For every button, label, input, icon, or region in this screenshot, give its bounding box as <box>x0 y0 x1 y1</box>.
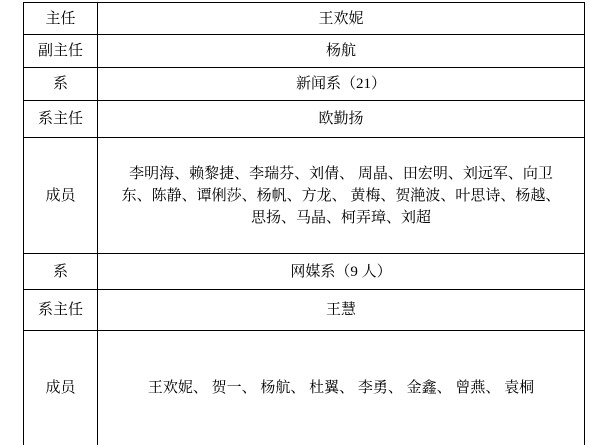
table-row: 系 网媒系（9 人） <box>24 254 585 290</box>
row-value: 王欢妮 <box>98 3 585 35</box>
row-value: 王欢妮、 贺一、 杨航、 杜翼、 李勇、 金鑫、 曾燕、 袁桐 <box>98 331 585 445</box>
row-label: 副主任 <box>24 35 98 68</box>
row-value: 新闻系（21） <box>98 68 585 101</box>
table-row: 系主任 王慧 <box>24 290 585 331</box>
row-label: 系主任 <box>24 101 98 138</box>
table-row: 副主任 杨航 <box>24 35 585 68</box>
document-page: 主任 王欢妮 副主任 杨航 系 新闻系（21） 系主任 欧勤扬 成员 李明海、赖… <box>0 0 601 445</box>
row-label: 系主任 <box>24 290 98 331</box>
row-label: 系 <box>24 68 98 101</box>
table-row: 成员 王欢妮、 贺一、 杨航、 杜翼、 李勇、 金鑫、 曾燕、 袁桐 <box>24 331 585 445</box>
row-value: 网媒系（9 人） <box>98 254 585 290</box>
row-label: 主任 <box>24 3 98 35</box>
table-row: 系主任 欧勤扬 <box>24 101 585 138</box>
row-label: 系 <box>24 254 98 290</box>
row-value: 欧勤扬 <box>98 101 585 138</box>
row-value: 李明海、赖黎捷、李瑞芬、刘倩、 周晶、田宏明、刘远军、向卫 东、陈静、谭俐莎、杨… <box>98 138 585 254</box>
row-value: 杨航 <box>98 35 585 68</box>
committee-roster-table: 主任 王欢妮 副主任 杨航 系 新闻系（21） 系主任 欧勤扬 成员 李明海、赖… <box>23 2 585 445</box>
row-value: 王慧 <box>98 290 585 331</box>
table-row: 主任 王欢妮 <box>24 3 585 35</box>
table-row: 成员 李明海、赖黎捷、李瑞芬、刘倩、 周晶、田宏明、刘远军、向卫 东、陈静、谭俐… <box>24 138 585 254</box>
table-row: 系 新闻系（21） <box>24 68 585 101</box>
row-label: 成员 <box>24 138 98 254</box>
row-label: 成员 <box>24 331 98 445</box>
